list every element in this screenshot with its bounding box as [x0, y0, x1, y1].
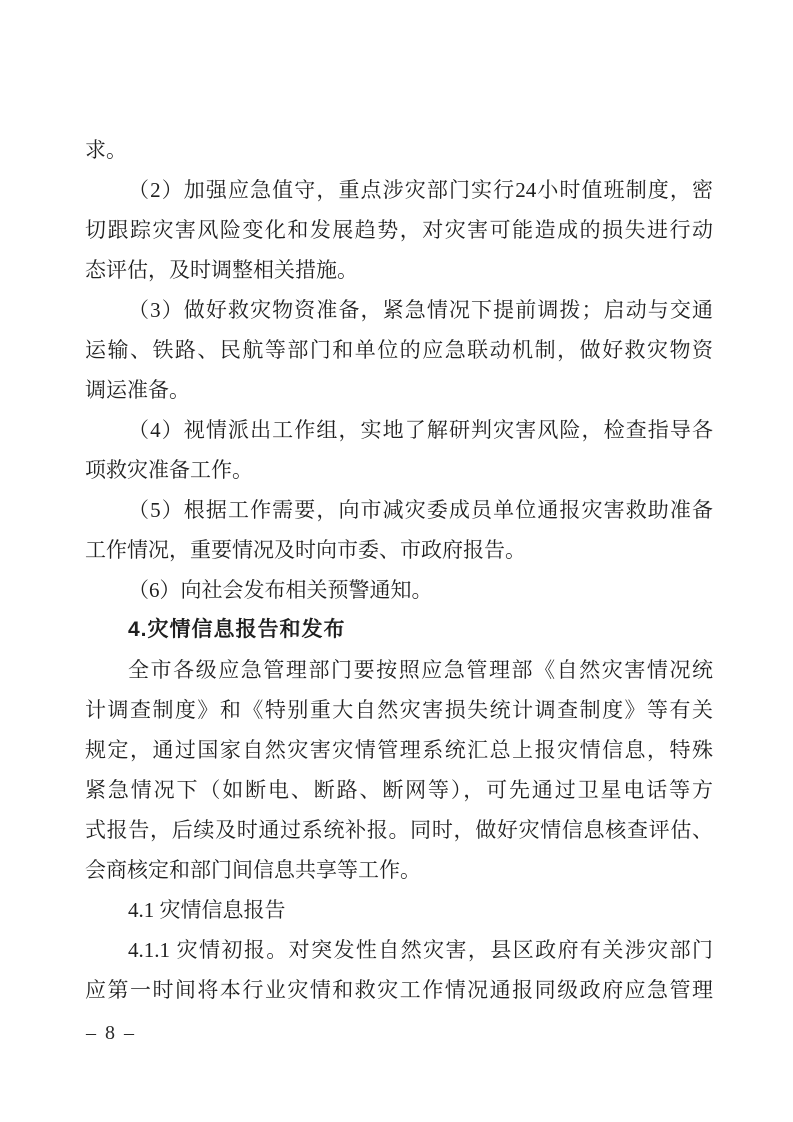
text-line: 应第一时间将本行业灾情和救灾工作情况通报同级政府应急管理: [85, 970, 713, 1010]
text-line: 工作情况，重要情况及时向市委、市政府报告。: [85, 530, 713, 570]
document-page: 求。（2）加强应急值守，重点涉灾部门实行24小时值班制度，密切跟踪灾害风险变化和…: [0, 0, 793, 1122]
text-line: 运输、铁路、民航等部门和单位的应急联动机制，做好救灾物资: [85, 330, 713, 370]
page-number: – 8 –: [86, 1022, 136, 1044]
text-line: 项救灾准备工作。: [85, 450, 713, 490]
text-line: 紧急情况下（如断电、断路、断网等），可先通过卫星电话等方: [85, 770, 713, 810]
subsection-heading: 4.1 灾情信息报告: [85, 890, 713, 930]
text-line: 切跟踪灾害风险变化和发展趋势，对灾害可能造成的损失进行动: [85, 210, 713, 250]
text-line: （3）做好救灾物资准备，紧急情况下提前调拨；启动与交通: [85, 290, 713, 330]
text-line: （2）加强应急值守，重点涉灾部门实行24小时值班制度，密: [85, 170, 713, 210]
text-line: 态评估，及时调整相关措施。: [85, 250, 713, 290]
text-line: 计调查制度》和《特别重大自然灾害损失统计调查制度》等有关: [85, 690, 713, 730]
section-heading: 4.灾情信息报告和发布: [85, 610, 713, 650]
text-line: （5）根据工作需要，向市减灾委成员单位通报灾害救助准备: [85, 490, 713, 530]
text-line: 全市各级应急管理部门要按照应急管理部《自然灾害情况统: [85, 650, 713, 690]
text-line: （4）视情派出工作组，实地了解研判灾害风险，检查指导各: [85, 410, 713, 450]
text-line: 会商核定和部门间信息共享等工作。: [85, 850, 713, 890]
text-line: 规定，通过国家自然灾害灾情管理系统汇总上报灾情信息，特殊: [85, 730, 713, 770]
text-line: （6）向社会发布相关预警通知。: [85, 570, 713, 610]
text-line: 4.1.1 灾情初报。对突发性自然灾害，县区政府有关涉灾部门: [85, 930, 713, 970]
text-line: 求。: [85, 130, 713, 170]
document-body: 求。（2）加强应急值守，重点涉灾部门实行24小时值班制度，密切跟踪灾害风险变化和…: [85, 130, 713, 1010]
text-line: 式报告，后续及时通过系统补报。同时，做好灾情信息核查评估、: [85, 810, 713, 850]
text-line: 调运准备。: [85, 370, 713, 410]
